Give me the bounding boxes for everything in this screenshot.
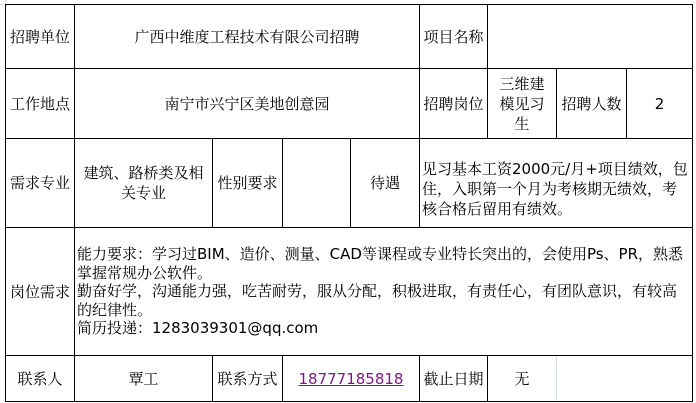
row-company: 招聘单位 广西中维度工程技术有限公司招聘 项目名称 bbox=[6, 5, 693, 69]
position-label: 招聘岗位 bbox=[420, 69, 488, 139]
headcount-value[interactable]: 2 bbox=[627, 69, 692, 138]
row-contact: 联系人 覃工 联系方式 18777185818 截止日期 无 bbox=[6, 356, 693, 402]
row-major: 需求专业 建筑、路桥类及相关专业 性别要求 待遇 见习基本工资2000元/月+项… bbox=[6, 139, 693, 228]
contact-value[interactable]: 覃工 bbox=[75, 356, 213, 402]
requirement-line: 能力要求：学习过BIM、造价、测量、CAD等课程或专业特长突出的，会使用Ps、P… bbox=[77, 245, 690, 282]
salary-value[interactable]: 见习基本工资2000元/月+项目绩效，包住，入职第一个月为考核期无绩效，考核合格… bbox=[420, 139, 693, 228]
empty-cell[interactable] bbox=[557, 356, 693, 402]
company-label: 招聘单位 bbox=[6, 5, 75, 69]
project-value[interactable] bbox=[488, 5, 693, 69]
requirement-line: 勤奋好学，沟通能力强，吃苦耐劳，服从分配，积极进取，有责任心，有团队意识，有较高… bbox=[77, 282, 690, 319]
requirements-value[interactable]: 能力要求：学习过BIM、造价、测量、CAD等课程或专业特长突出的，会使用Ps、P… bbox=[75, 228, 693, 356]
headcount-label: 招聘人数 bbox=[557, 69, 627, 138]
deadline-label: 截止日期 bbox=[420, 356, 488, 402]
row-location: 工作地点 南宁市兴宁区美地创意园 招聘岗位 三维建模见习生 招聘人数 2 bbox=[6, 69, 693, 139]
major-label: 需求专业 bbox=[6, 139, 75, 228]
headcount-group: 招聘人数 2 bbox=[557, 69, 693, 139]
contact-label: 联系人 bbox=[6, 356, 75, 402]
deadline-value[interactable]: 无 bbox=[488, 356, 557, 402]
project-label: 项目名称 bbox=[420, 5, 488, 69]
gender-value[interactable] bbox=[283, 139, 351, 228]
phone-value[interactable]: 18777185818 bbox=[283, 356, 420, 402]
gender-label: 性别要求 bbox=[213, 139, 283, 228]
location-label: 工作地点 bbox=[6, 69, 75, 139]
requirement-line: 简历投递：1283039301@qq.com bbox=[77, 319, 690, 338]
location-value[interactable]: 南宁市兴宁区美地创意园 bbox=[75, 69, 420, 139]
row-requirements: 岗位需求 能力要求：学习过BIM、造价、测量、CAD等课程或专业特长突出的，会使… bbox=[6, 228, 693, 356]
position-value[interactable]: 三维建模见习生 bbox=[488, 69, 557, 139]
requirements-label: 岗位需求 bbox=[6, 228, 75, 356]
phone-label: 联系方式 bbox=[213, 356, 283, 402]
major-value[interactable]: 建筑、路桥类及相关专业 bbox=[75, 139, 213, 228]
company-value[interactable]: 广西中维度工程技术有限公司招聘 bbox=[75, 5, 420, 69]
phone-link[interactable]: 18777185818 bbox=[299, 370, 404, 388]
recruitment-table: 招聘单位 广西中维度工程技术有限公司招聘 项目名称 工作地点 南宁市兴宁区美地创… bbox=[5, 4, 693, 402]
salary-label: 待遇 bbox=[351, 139, 420, 228]
